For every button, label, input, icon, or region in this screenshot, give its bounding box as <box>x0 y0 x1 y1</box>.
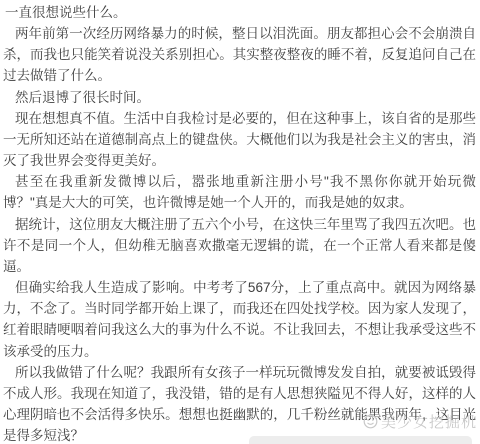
paragraph: 两年前第一次经历网络暴力的时候，整日以泪洗面。朋友都担心会不会崩溃自杀，而我也只… <box>3 23 476 86</box>
watermark: 美少女挖掘机 <box>363 411 477 432</box>
watermark-text: 美少女挖掘机 <box>381 411 477 432</box>
paragraph: 但确实给我人生造成了影响。中考考了567分，上了重点高中。就因为网络暴力，不念了… <box>3 277 476 362</box>
paragraph: 然后退博了很长时间。 <box>3 87 476 108</box>
smiley-face-icon <box>363 414 378 429</box>
partial-card <box>249 436 472 444</box>
paragraph: 据统计，这位朋友大概注册了五六个小号，在这快三年里骂了我四五次吧。也许不是同一个… <box>3 214 476 277</box>
paragraph: 现在想想真不值。生活中自我检讨是必要的，但在这种事上，该自省的是那些一无所知还站… <box>3 108 476 171</box>
article-page: 一直很想说些什么。 两年前第一次经历网络暴力的时候，整日以泪洗面。朋友都担心会不… <box>0 0 480 444</box>
article-body: 一直很想说些什么。 两年前第一次经历网络暴力的时候，整日以泪洗面。朋友都担心会不… <box>0 0 480 444</box>
paragraph: 甚至在我重新发微博以后，嚣张地重新注册小号"我不黑你你就开始玩微博？"真是大大的… <box>3 171 476 213</box>
paragraph: 一直很想说些什么。 <box>3 2 476 23</box>
